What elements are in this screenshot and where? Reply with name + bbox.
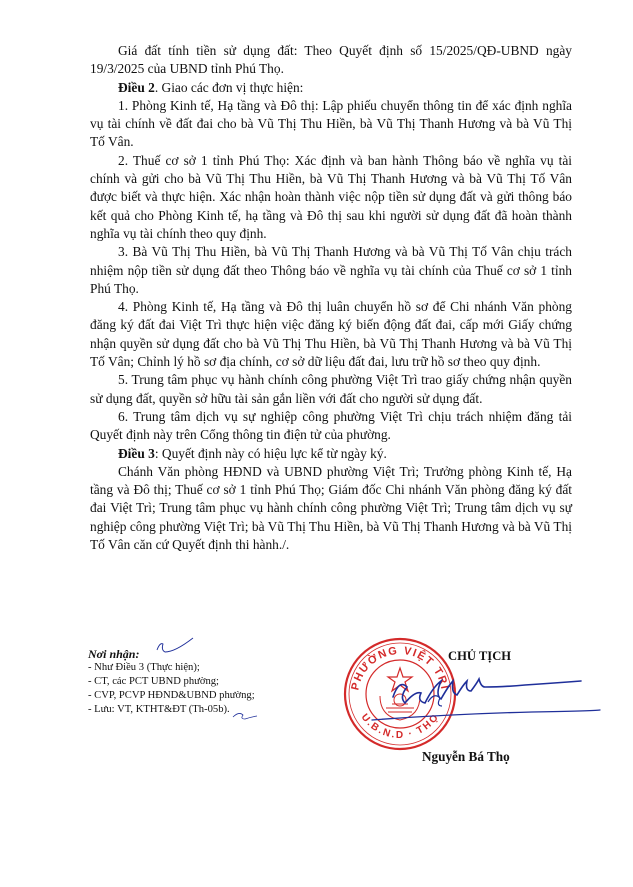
article-2-item-2: 2. Thuế cơ sở 1 tỉnh Phú Thọ: Xác định v… — [90, 152, 572, 243]
article-2-item-6: 6. Trung tâm dịch vụ sự nghiệp công phườ… — [90, 408, 572, 445]
signer-name: Nguyễn Bá Thọ — [422, 749, 510, 765]
closing-paragraph: Chánh Văn phòng HĐND và UBND phường Việt… — [90, 463, 572, 554]
article-2-label: Điều 2 — [118, 80, 155, 95]
recipient-item: - Như Điều 3 (Thực hiện); — [88, 661, 328, 675]
article-2-item-3: 3. Bà Vũ Thị Thu Hiền, bà Vũ Thị Thanh H… — [90, 243, 572, 298]
article-2-item-1: 1. Phòng Kinh tế, Hạ tầng và Đô thị: Lập… — [90, 97, 572, 152]
official-stamp: PHƯỜNG VIỆT TRÌ U.B.N.D · THỌ — [340, 634, 460, 754]
article-2-item-5: 5. Trung tâm phục vụ hành chính công phư… — [90, 371, 572, 408]
article-2-heading: Điều 2. Giao các đơn vị thực hiện: — [90, 79, 572, 97]
document-body: Giá đất tính tiền sử dụng đất: Theo Quyế… — [90, 42, 572, 554]
stamp-star-icon — [388, 668, 412, 691]
recipient-item: - Lưu: VT, KTHT&ĐT (Th-05b). — [88, 703, 328, 717]
svg-text:U.B.N.D · THỌ: U.B.N.D · THỌ — [359, 712, 442, 741]
paragraph-land-price: Giá đất tính tiền sử dụng đất: Theo Quyế… — [90, 42, 572, 79]
article-2-text: . Giao các đơn vị thực hiện: — [155, 80, 304, 95]
recipients-block: Nơi nhận: - Như Điều 3 (Thực hiện); - CT… — [88, 647, 328, 717]
recipient-item: - CVP, PCVP HĐND&UBND phường; — [88, 689, 328, 703]
article-2-item-4: 4. Phòng Kinh tế, Hạ tầng và Đô thị luân… — [90, 298, 572, 371]
recipients-title: Nơi nhận: — [88, 647, 328, 661]
signer-title: CHỦ TỊCH — [448, 649, 511, 664]
article-3: Điều 3: Quyết định này có hiệu lực kể từ… — [90, 445, 572, 463]
article-3-label: Điều 3 — [118, 446, 155, 461]
article-3-text: : Quyết định này có hiệu lực kể từ ngày … — [155, 446, 387, 461]
recipient-item: - CT, các PCT UBND phường; — [88, 675, 328, 689]
stamp-bottom-text: U.B.N.D · THỌ — [359, 712, 442, 741]
